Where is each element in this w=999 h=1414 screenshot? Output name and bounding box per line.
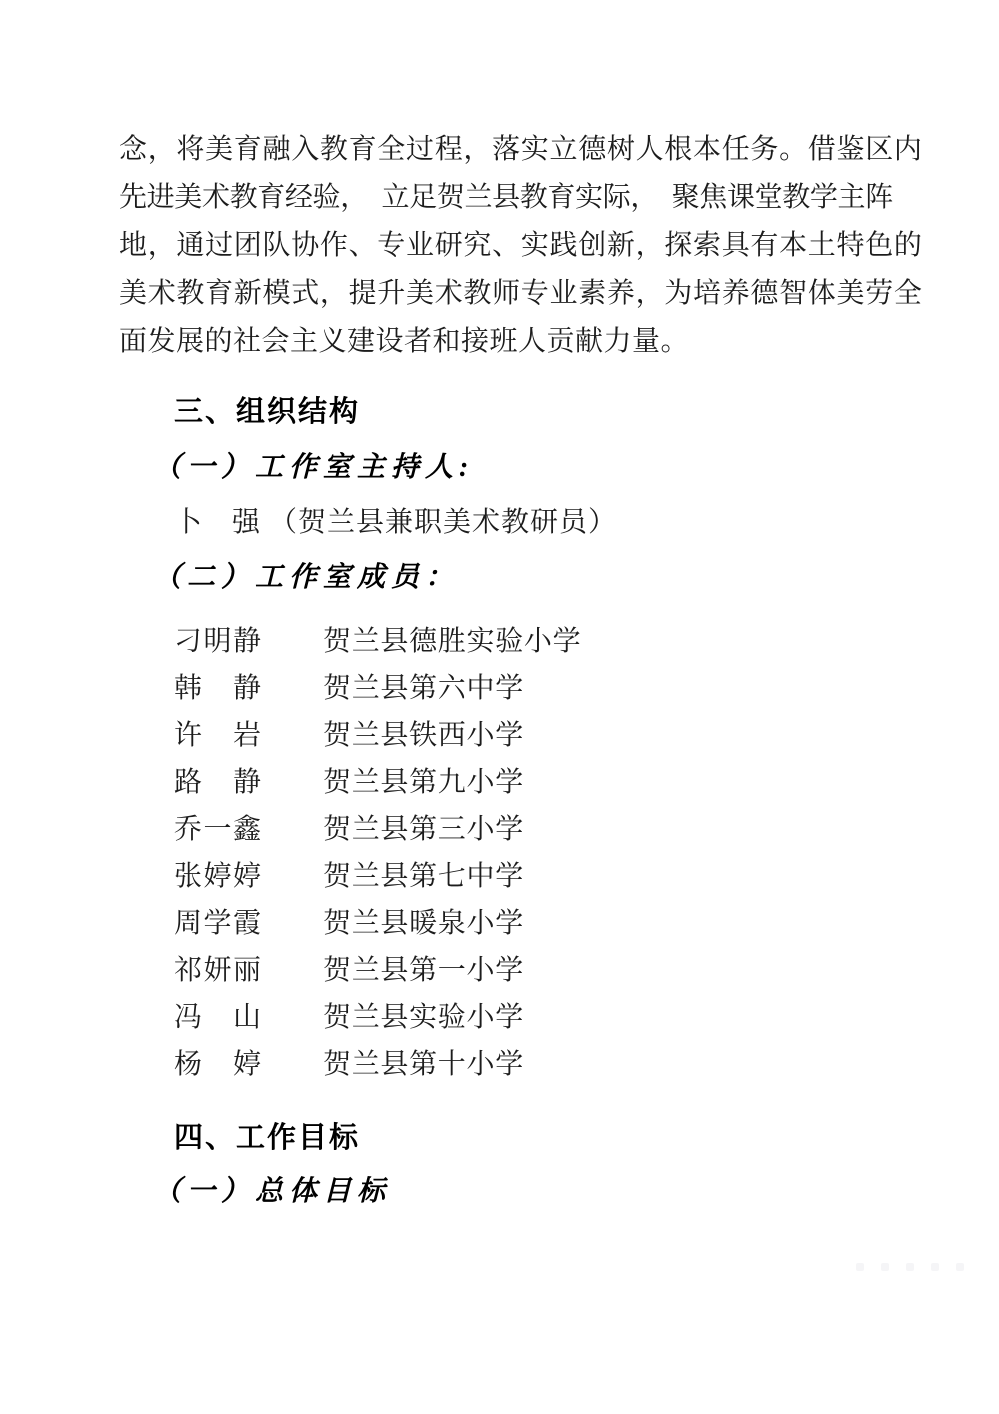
member-row: 乔一鑫 贺兰县第三小学	[119, 806, 895, 853]
member-row: 路 静 贺兰县第九小学	[119, 759, 895, 806]
member-name: 许 岩	[174, 712, 323, 759]
paragraph-line: 念，将美育融入教育全过程，落实立德树人根本任务。借鉴区内	[119, 126, 895, 174]
member-row: 张婷婷 贺兰县第七中学	[119, 853, 895, 900]
member-name: 冯 山	[174, 994, 323, 1041]
member-school: 贺兰县第三小学	[323, 806, 524, 853]
scan-artifact-dot	[931, 1263, 939, 1271]
member-row: 刁明静 贺兰县德胜实验小学	[119, 618, 895, 665]
paragraph-line: 地，通过团队协作、专业研究、实践创新，探索具有本土特色的	[119, 222, 895, 270]
scan-artifacts	[856, 1263, 964, 1271]
member-row: 祁妍丽 贺兰县第一小学	[119, 947, 895, 994]
host-entry: 卜 强 （贺兰县兼职美术教研员）	[119, 499, 895, 547]
paragraph-line: 先进美术教育经验， 立足贺兰县教育实际， 聚焦课堂教学主阵	[119, 174, 895, 222]
member-name: 刁明静	[174, 618, 323, 665]
scan-artifact-dot	[881, 1263, 889, 1271]
section-heading-organization: 三、组织结构	[119, 388, 895, 436]
member-name: 张婷婷	[174, 853, 323, 900]
member-name: 杨 婷	[174, 1041, 323, 1088]
paragraph-line: 美术教育新模式，提升美术教师专业素养，为培养德智体美劳全	[119, 270, 895, 318]
member-name: 韩 静	[174, 665, 323, 712]
member-school: 贺兰县德胜实验小学	[323, 618, 581, 665]
subheading-overall-goal: （一）总体目标	[119, 1168, 895, 1216]
member-school: 贺兰县实验小学	[323, 994, 524, 1041]
member-school: 贺兰县铁西小学	[323, 712, 524, 759]
member-name: 路 静	[174, 759, 323, 806]
member-school: 贺兰县暖泉小学	[323, 900, 524, 947]
member-list: 刁明静 贺兰县德胜实验小学 韩 静 贺兰县第六中学 许 岩 贺兰县铁西小学 路 …	[119, 618, 895, 1088]
scan-artifact-dot	[906, 1263, 914, 1271]
subheading-studio-host: （一）工作室主持人:	[119, 444, 895, 492]
subheading-studio-members: （二）工作室成员：	[119, 554, 895, 602]
member-school: 贺兰县第十小学	[323, 1041, 524, 1088]
member-name: 祁妍丽	[174, 947, 323, 994]
member-row: 杨 婷 贺兰县第十小学	[119, 1041, 895, 1088]
host-name: 卜 强	[174, 507, 261, 538]
member-name: 周学霞	[174, 900, 323, 947]
member-row: 周学霞 贺兰县暖泉小学	[119, 900, 895, 947]
member-row: 韩 静 贺兰县第六中学	[119, 665, 895, 712]
document-content: 念，将美育融入教育全过程，落实立德树人根本任务。借鉴区内 先进美术教育经验， 立…	[119, 126, 895, 1216]
document-page: 念，将美育融入教育全过程，落实立德树人根本任务。借鉴区内 先进美术教育经验， 立…	[0, 0, 999, 1414]
member-school: 贺兰县第九小学	[323, 759, 524, 806]
member-school: 贺兰县第一小学	[323, 947, 524, 994]
member-row: 冯 山 贺兰县实验小学	[119, 994, 895, 1041]
paragraph-line: 面发展的社会主义建设者和接班人贡献力量。	[119, 318, 895, 366]
member-name: 乔一鑫	[174, 806, 323, 853]
member-school: 贺兰县第七中学	[323, 853, 524, 900]
host-note: （贺兰县兼职美术教研员）	[269, 507, 617, 538]
scan-artifact-dot	[956, 1263, 964, 1271]
member-row: 许 岩 贺兰县铁西小学	[119, 712, 895, 759]
scan-artifact-dot	[856, 1263, 864, 1271]
section-heading-goals: 四、工作目标	[119, 1114, 895, 1162]
member-school: 贺兰县第六中学	[323, 665, 524, 712]
intro-paragraph: 念，将美育融入教育全过程，落实立德树人根本任务。借鉴区内 先进美术教育经验， 立…	[119, 126, 895, 366]
